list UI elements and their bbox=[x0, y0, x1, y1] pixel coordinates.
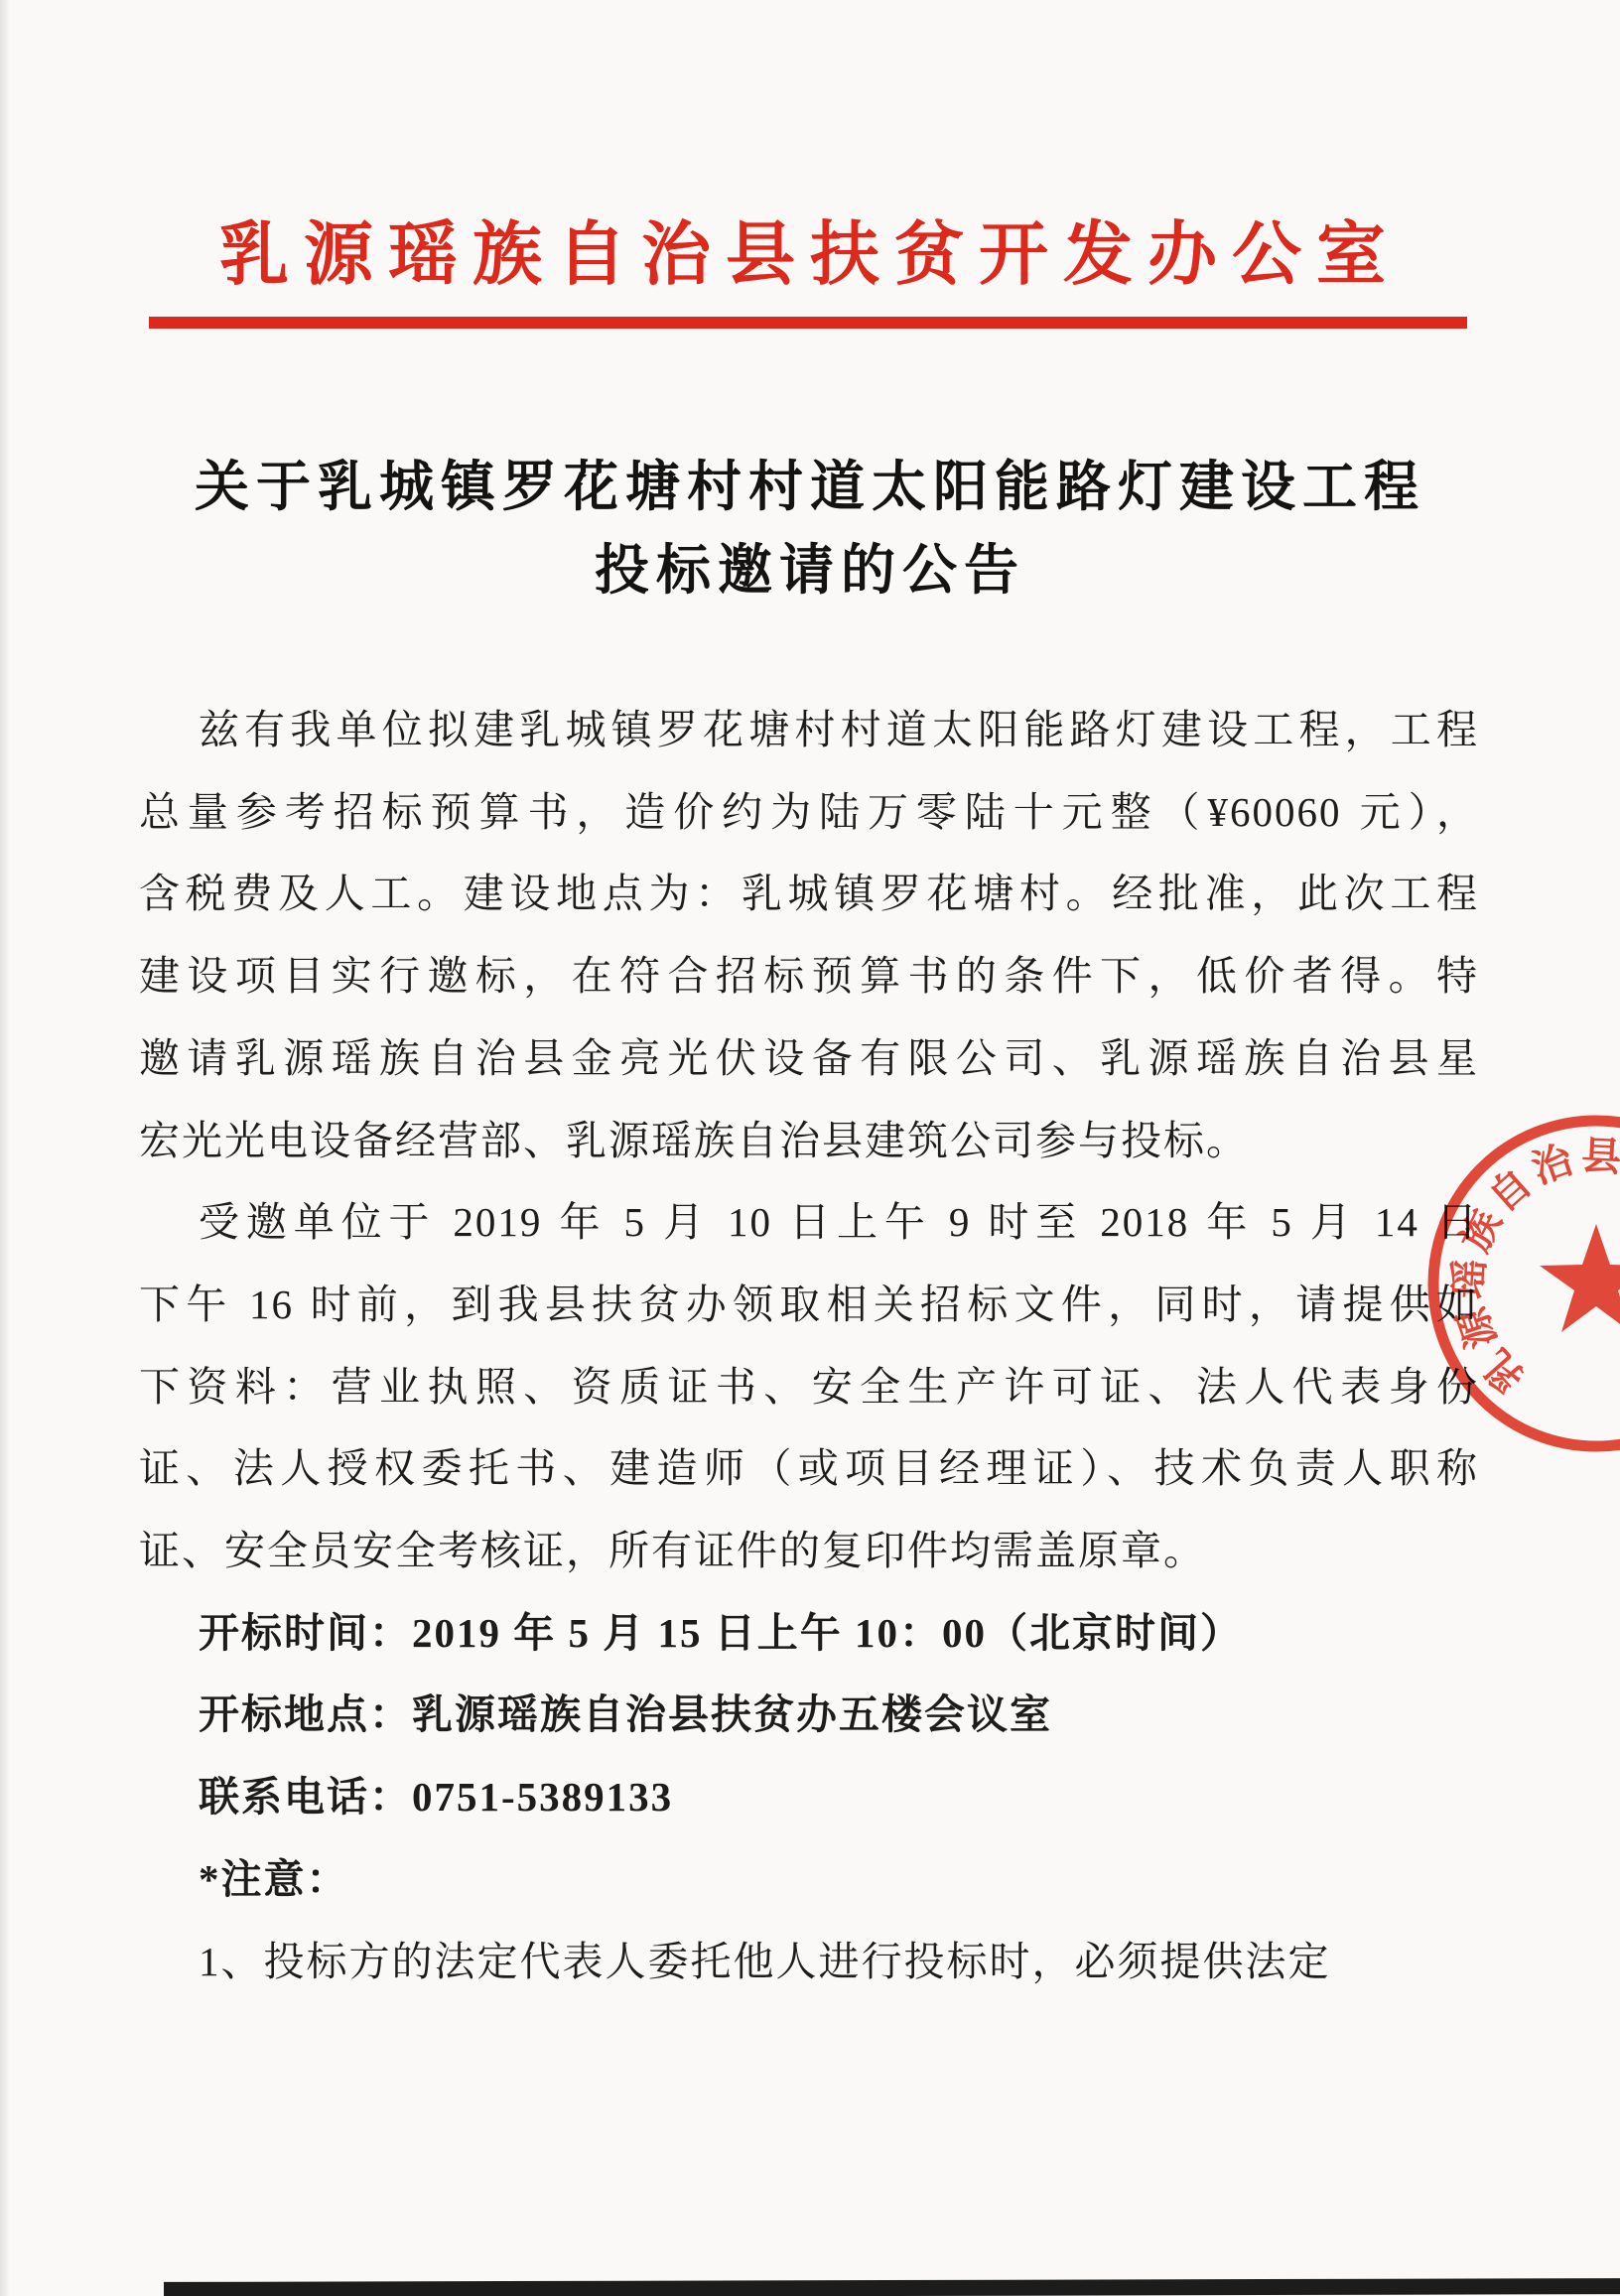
scan-bottom-edge bbox=[164, 2278, 1620, 2296]
body-line: 邀请乳源瑶族自治县金亮光伏设备有限公司、乳源瑶族自治县星 bbox=[139, 1017, 1479, 1100]
scanned-document-page: 乳源瑶族自治县扶贫开发办公室 关于乳城镇罗花塘村村道太阳能路灯建设工程 投标邀请… bbox=[0, 0, 1620, 2296]
body-line: 含税费及人工。建设地点为：乳城镇罗花塘村。经批准，此次工程 bbox=[139, 853, 1479, 935]
announcement-title: 关于乳城镇罗花塘村村道太阳能路灯建设工程 投标邀请的公告 bbox=[0, 445, 1620, 611]
scan-left-edge-shadow bbox=[0, 0, 10, 2296]
body-line: 兹有我单位拟建乳城镇罗花塘村村道太阳能路灯建设工程，工程 bbox=[139, 689, 1479, 771]
letterhead-org-title: 乳源瑶族自治县扶贫开发办公室 bbox=[0, 210, 1620, 302]
body-line: 宏光光电设备经营部、乳源瑶族自治县建筑公司参与投标。 bbox=[139, 1100, 1479, 1182]
body-line-bid-opening-time: 开标时间：2019 年 5 月 15 日上午 10：00（北京时间） bbox=[139, 1592, 1479, 1675]
body-line: 下午 16 时前，到我县扶贫办领取相关招标文件，同时，请提供如 bbox=[139, 1264, 1479, 1346]
body-line: 总量参考招标预算书，造价约为陆万零陆十元整（¥60060 元）， bbox=[139, 771, 1479, 854]
body-line-notice-label: *注意： bbox=[139, 1838, 1479, 1921]
body-line: 证、安全员安全考核证，所有证件的复印件均需盖原章。 bbox=[139, 1510, 1479, 1592]
announcement-title-line1: 关于乳城镇罗花塘村村道太阳能路灯建设工程 bbox=[0, 445, 1620, 528]
body-line-bid-opening-location: 开标地点：乳源瑶族自治县扶贫办五楼会议室 bbox=[139, 1674, 1479, 1756]
body-line: 建设项目实行邀标，在符合招标预算书的条件下，低价者得。特 bbox=[139, 935, 1479, 1017]
seal-star-icon bbox=[1540, 1224, 1620, 1332]
body-line: 证、法人授权委托书、建造师（或项目经理证）、技术负责人职称 bbox=[139, 1427, 1479, 1510]
body-line: 受邀单位于 2019 年 5 月 10 日上午 9 时至 2018 年 5 月 … bbox=[139, 1181, 1479, 1264]
announcement-body: 兹有我单位拟建乳城镇罗花塘村村道太阳能路灯建设工程，工程 总量参考招标预算书，造… bbox=[139, 689, 1479, 2002]
body-line: 下资料：营业执照、资质证书、安全生产许可证、法人代表身份 bbox=[139, 1346, 1479, 1428]
letterhead-divider-line bbox=[149, 317, 1467, 329]
announcement-title-line2: 投标邀请的公告 bbox=[0, 528, 1620, 611]
official-seal-stamp: 乳源瑶族自治县扶贫开发办公室 bbox=[1388, 1075, 1620, 1492]
body-line-contact-phone: 联系电话：0751-5389133 bbox=[139, 1756, 1479, 1838]
body-line: 1、投标方的法定代表人委托他人进行投标时，必须提供法定 bbox=[139, 1921, 1479, 2003]
